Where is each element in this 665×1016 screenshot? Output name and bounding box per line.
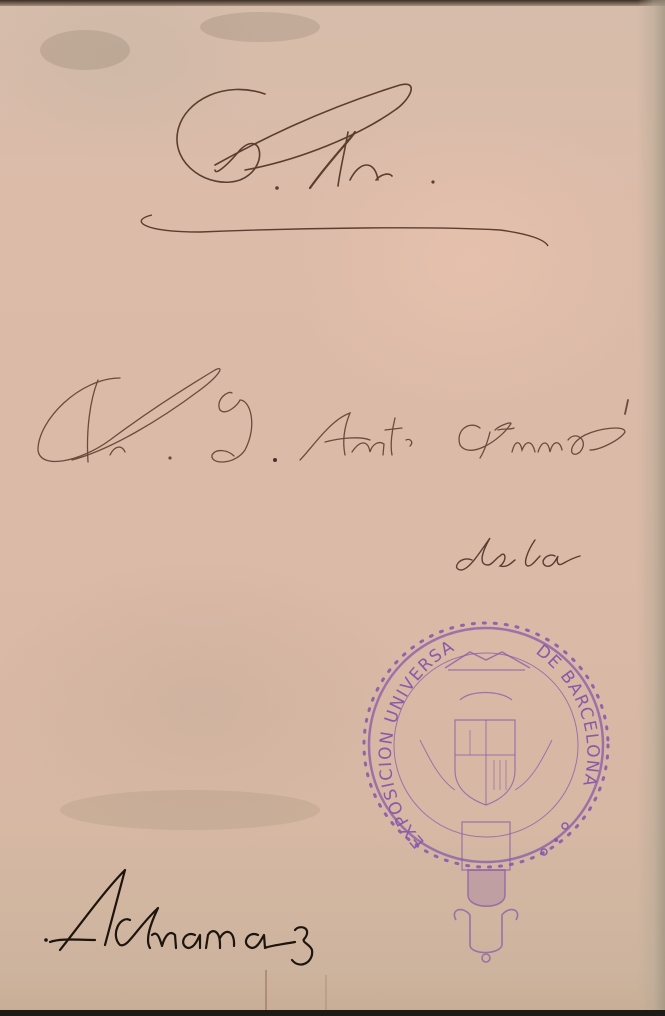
destination-handwriting xyxy=(0,0,665,1016)
envelope: S. M. Sr. D. Ant.º Fu xyxy=(0,0,665,1010)
